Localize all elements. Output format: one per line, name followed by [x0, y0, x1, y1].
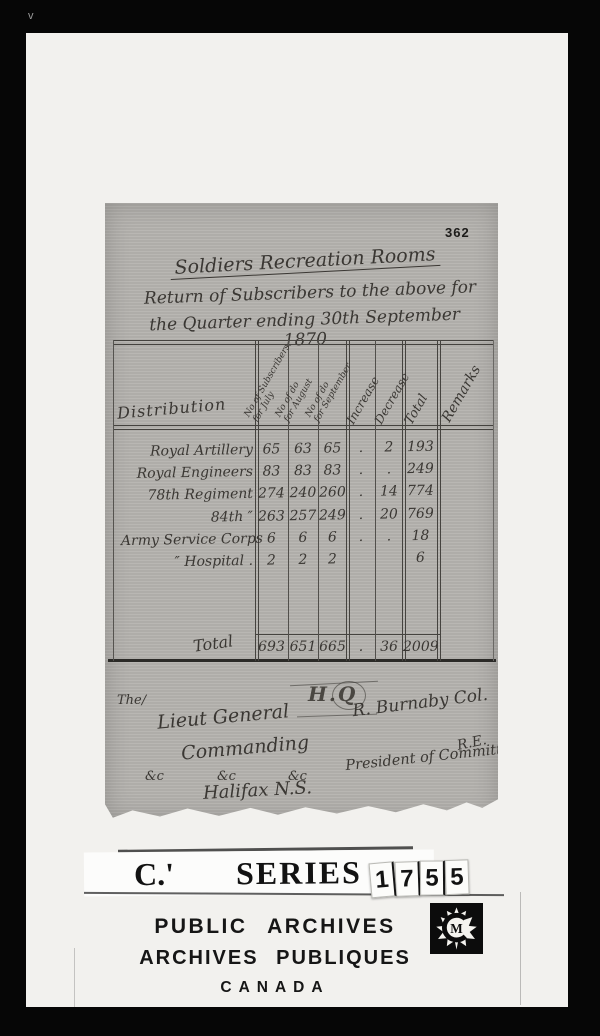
signer-signature: R. Burnaby Col. [351, 685, 489, 721]
cell-total: 6 [403, 550, 438, 567]
cell-total: 18 [403, 528, 438, 545]
svg-text:M: M [450, 921, 463, 936]
table-rule [113, 344, 493, 345]
cell-increase-total: . [347, 639, 375, 655]
row-label: Royal Artillery [121, 442, 253, 460]
series-digit-tile: 5 [420, 860, 445, 895]
document-title: Soldiers Recreation Rooms [145, 242, 466, 281]
cell-september: 6 [318, 529, 347, 546]
etcetera-mark: &c [145, 769, 164, 784]
cell-increase: . [347, 507, 375, 523]
cell-august: 240 [288, 485, 318, 502]
org-name-english: PUBLIC ARCHIVES [110, 915, 440, 939]
column-header-distribution: Distribution [116, 394, 227, 422]
series-digit-tile: 7 [394, 861, 420, 897]
signer-title: President of Committee [345, 740, 520, 774]
series-digit-tile: 5 [444, 859, 469, 895]
document-subtitle-line2: the Quarter ending 30th September 1870 [134, 304, 475, 356]
cell-july: 263 [255, 508, 288, 525]
series-number-tiles: 1 7 5 5 [369, 859, 469, 897]
addressee-prefix: The/ [117, 693, 146, 708]
cell-july: 65 [255, 441, 288, 458]
cell-september-total: 665 [318, 639, 347, 655]
cell-increase: . [347, 484, 375, 500]
row-label: Army Service Corps [121, 531, 253, 549]
cell-increase: . [347, 440, 375, 456]
cell-total: 769 [403, 506, 438, 523]
addressee-place: Halifax N.S. [203, 777, 313, 804]
cell-decrease: 14 [375, 483, 403, 499]
cell-august: 83 [288, 463, 318, 480]
column-header-total-text: Total [404, 393, 431, 427]
cell-increase: . [347, 529, 375, 545]
series-word: SERIES [236, 854, 362, 892]
paper-crease [520, 892, 521, 1005]
column-header-remarks-text: Remarks [441, 364, 483, 424]
row-label: 78th Regiment [121, 486, 253, 504]
folio-number-stamp: 362 [445, 225, 470, 240]
cell-grand-total: 2009 [403, 639, 438, 655]
table-rule [113, 429, 493, 430]
cell-total: 193 [403, 439, 438, 456]
document-title-text: Soldiers Recreation Rooms [170, 243, 440, 280]
addressee-rank: Lieut General [156, 700, 290, 733]
cell-total: 774 [403, 483, 438, 500]
cell-september: 260 [318, 484, 347, 501]
total-row: 693 651 665 . 36 2009 [105, 639, 498, 661]
cell-decrease: . [375, 528, 403, 544]
film-edge-mark: v [28, 10, 34, 22]
microfilm-frame: 362 Soldiers Recreation Rooms Return of … [0, 0, 600, 1036]
row-label: Royal Engineers [121, 464, 253, 482]
table-rule [113, 340, 493, 341]
cell-september: 65 [318, 440, 347, 457]
cell-decrease-total: 36 [375, 639, 403, 655]
cell-decrease: 2 [375, 439, 403, 455]
archival-document: 362 Soldiers Recreation Rooms Return of … [105, 203, 498, 819]
cell-september: 2 [318, 551, 347, 568]
table-rule [255, 634, 440, 635]
series-digit-tile: 1 [369, 861, 397, 898]
document-subtitle-line1: Return of Subscribers to the above for [135, 277, 485, 309]
cell-july-total: 693 [255, 639, 288, 655]
cell-august: 2 [288, 552, 318, 569]
cell-july: 274 [255, 485, 288, 502]
cell-september: 83 [318, 462, 347, 479]
cell-july: 2 [255, 552, 288, 569]
cell-total: 249 [403, 461, 438, 478]
cell-decrease: 20 [375, 506, 403, 522]
cell-august: 257 [288, 508, 318, 525]
row-label: ″ Hospital . [121, 552, 275, 571]
addressee-role: Commanding [180, 731, 310, 764]
cell-august: 6 [288, 530, 318, 547]
paper-crease [74, 948, 75, 1007]
cell-september: 249 [318, 507, 347, 524]
cell-august-total: 651 [288, 639, 318, 655]
cell-increase: . [347, 462, 375, 478]
cell-july: 83 [255, 463, 288, 480]
series-prefix: C.' [134, 855, 174, 892]
cell-july: 6 [255, 530, 288, 547]
cell-decrease: . [375, 461, 403, 477]
org-name-french: ARCHIVES PUBLIQUES [110, 947, 440, 970]
cell-august: 63 [288, 441, 318, 458]
org-country: CANADA [110, 979, 440, 997]
